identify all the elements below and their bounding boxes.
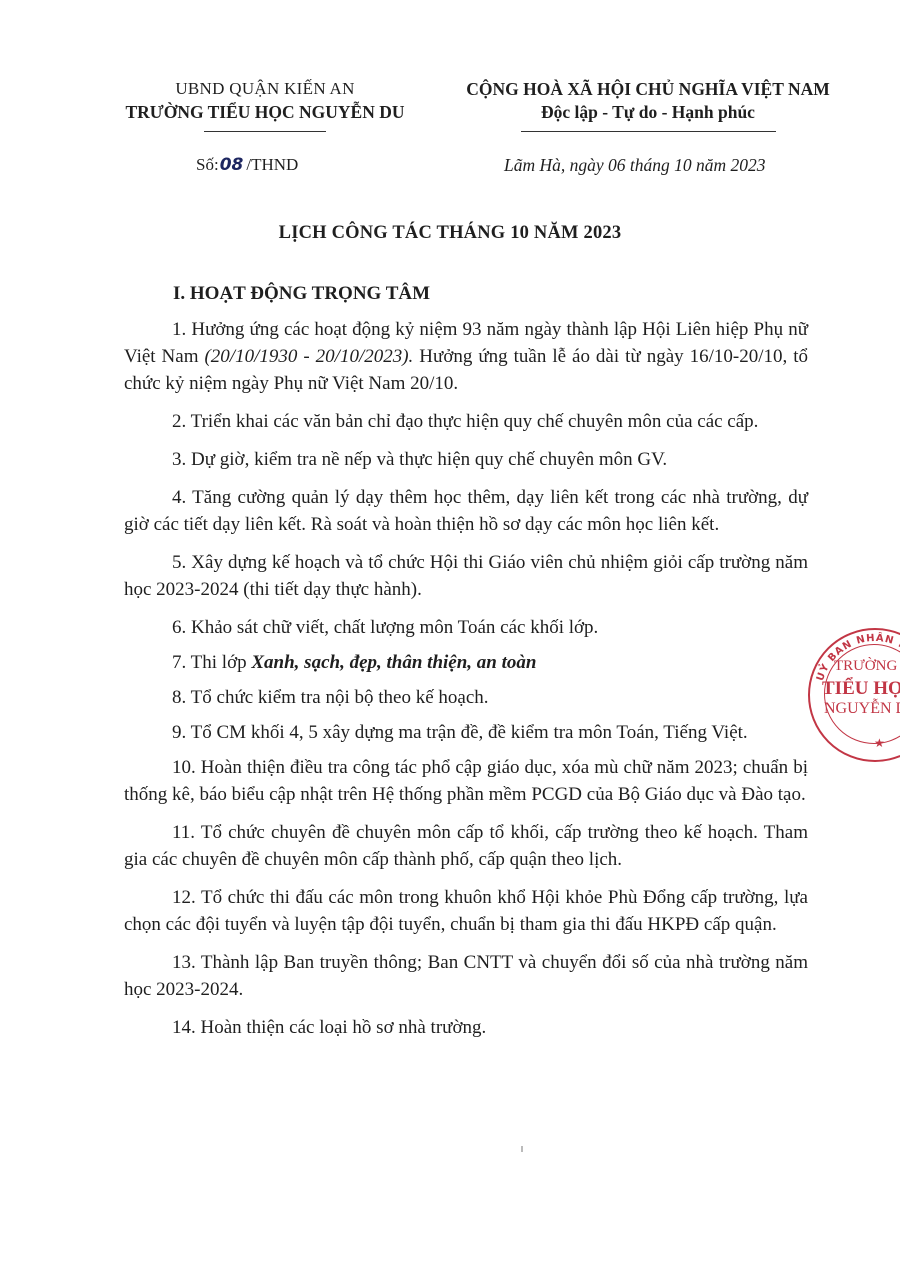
list-item: 5. Xây dựng kế hoạch và tổ chức Hội thi … <box>124 549 808 603</box>
seal-line-1: TRƯỜNG <box>834 658 897 675</box>
list-item: 2. Triển khai các văn bản chỉ đạo thực h… <box>124 408 808 435</box>
nation-name: CỘNG HOÀ XÃ HỘI CHỦ NGHĨA VIỆT NAM <box>448 78 848 100</box>
place-date: Lãm Hà, ngày 06 tháng 10 năm 2023 <box>504 155 766 176</box>
doc-number-handwritten: 08 <box>220 155 244 175</box>
national-motto: Độc lập - Tự do - Hạnh phúc <box>448 100 848 124</box>
list-item: 14. Hoàn thiện các loại hồ sơ nhà trường… <box>124 1014 808 1041</box>
seal-line-3: NGUYỄN DU <box>824 700 900 718</box>
divider <box>521 131 776 132</box>
list-item: 7. Thi lớp Xanh, sạch, đẹp, thân thiện, … <box>124 649 808 676</box>
list-item: 9. Tổ CM khối 4, 5 xây dựng ma trận đề, … <box>124 719 808 746</box>
list-item: 10. Hoàn thiện điều tra công tác phổ cập… <box>124 754 808 808</box>
divider <box>204 131 326 132</box>
list-item: 3. Dự giờ, kiểm tra nề nếp và thực hiện … <box>124 446 808 473</box>
doc-number-prefix: Số: <box>196 155 219 174</box>
seal-line-2: TIỂU HỌC <box>822 678 900 700</box>
issuing-authority-block: UBND QUẬN KIẾN AN TRƯỜNG TIỂU HỌC NGUYỄN… <box>105 78 425 132</box>
national-header-block: CỘNG HOÀ XÃ HỘI CHỦ NGHĨA VIỆT NAM Độc l… <box>448 78 848 132</box>
school-name: TRƯỜNG TIỂU HỌC NGUYỄN DU <box>105 100 425 124</box>
list-item: 1. Hưởng ứng các hoạt động kỷ niệm 93 nă… <box>124 316 808 397</box>
list-item: 8. Tổ chức kiểm tra nội bộ theo kế hoạch… <box>124 684 808 711</box>
list-item: 11. Tổ chức chuyên đề chuyên môn cấp tổ … <box>124 819 808 873</box>
list-item: 6. Khảo sát chữ viết, chất lượng môn Toá… <box>124 614 808 641</box>
document-number: Số:08/THND <box>196 155 298 175</box>
authority-name: UBND QUẬN KIẾN AN <box>105 78 425 100</box>
document-title: LỊCH CÔNG TÁC THÁNG 10 NĂM 2023 <box>0 223 900 244</box>
doc-number-suffix: /THND <box>246 155 298 174</box>
list-item: 13. Thành lập Ban truyền thông; Ban CNTT… <box>124 949 808 1003</box>
list-item: 4. Tăng cường quản lý dạy thêm học thêm,… <box>124 484 808 538</box>
activity-list: 1. Hưởng ứng các hoạt động kỷ niệm 93 nă… <box>124 316 808 1052</box>
scan-speck <box>521 1146 523 1152</box>
list-item: 12. Tổ chức thi đấu các môn trong khuôn … <box>124 884 808 938</box>
official-seal-stamp: UỶ BAN NHÂN DÂN Q.KIẾN AN TRƯỜNG TIỂU HỌ… <box>808 628 900 762</box>
star-icon: ★ <box>874 736 885 751</box>
section-heading: I. HOẠT ĐỘNG TRỌNG TÂM <box>173 283 430 305</box>
